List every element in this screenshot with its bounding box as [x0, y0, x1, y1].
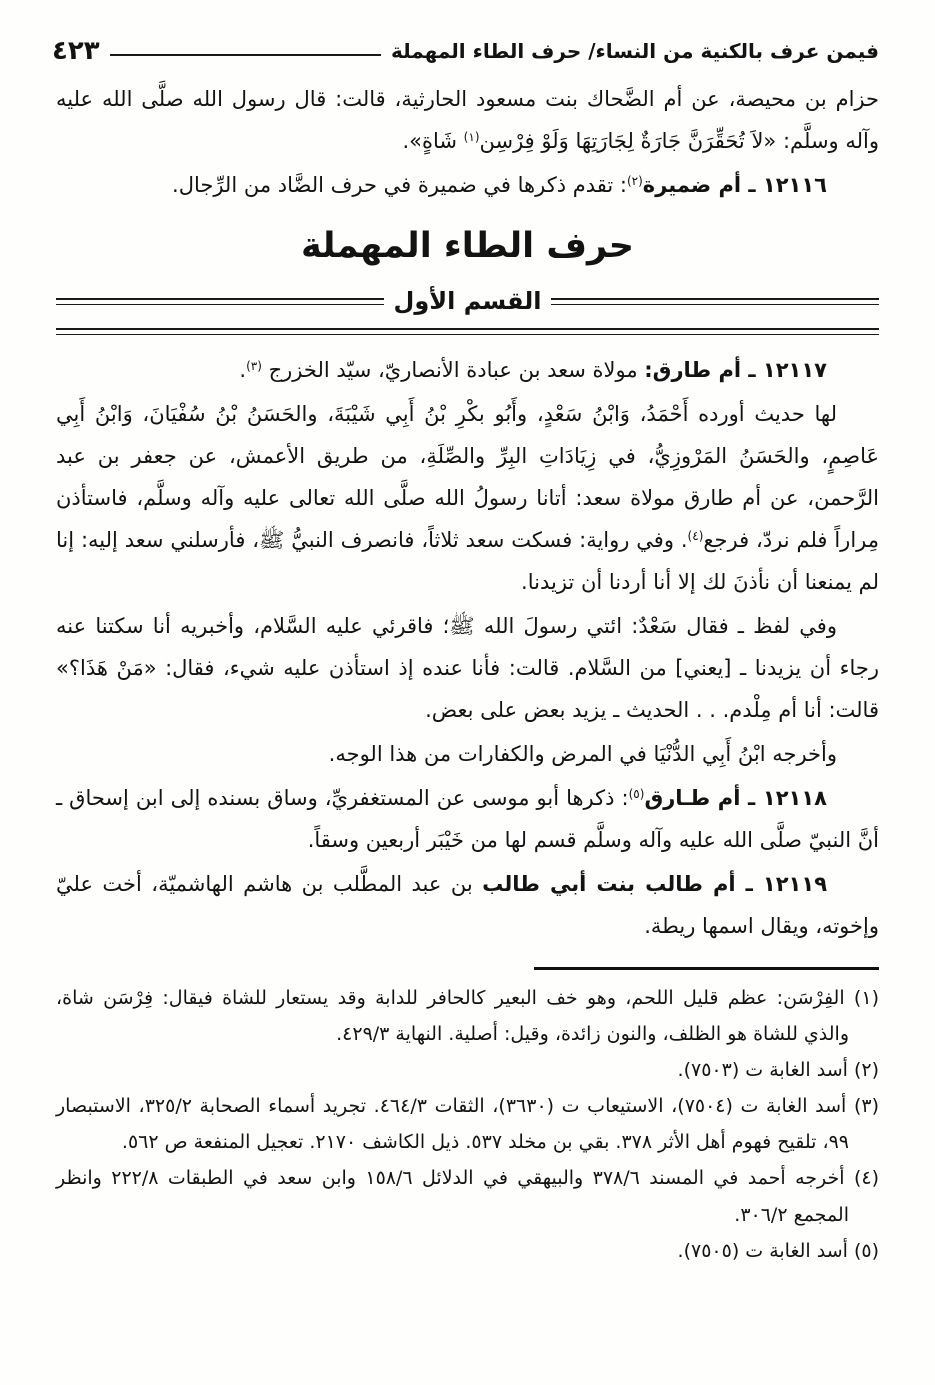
footnote-1: (١) الفِرْسَن: عظم قليل اللحم، وهو خف ال…	[56, 980, 879, 1052]
subsection-title: القسم الأول	[384, 277, 552, 325]
subsection-divider: القسم الأول	[56, 277, 879, 325]
footnote-5: (٥) أسد الغابة ت (٧٥٠٥).	[56, 1233, 879, 1269]
section-title: حرف الطاء المهملة	[56, 222, 879, 271]
page-header: فيمن عرف بالكنية من النساء/ حرف الطاء ال…	[52, 36, 879, 66]
entry-heading: ١٢١١٧ ـ أم طارق:	[644, 358, 827, 382]
entry-12118: ١٢١١٨ ـ أم طـارق(٥): ذكرها أبو موسى عن ا…	[56, 777, 879, 861]
footnote-4: (٤) أخرجه أحمد في المسند ٣٧٨/٦ والبيهقي …	[56, 1160, 879, 1232]
footnote-3: (٣) أسد الغابة ت (٧٥٠٤)، الاستيعاب ت (٣٦…	[56, 1088, 879, 1160]
divider-line-right	[551, 298, 879, 305]
entry-12119: ١٢١١٩ ـ أم طالب بنت أبي طالب بن عبد المط…	[56, 863, 879, 947]
paragraph-text: وفي لفظ ـ فقال سَعْدٌ: ائتي رسولَ الله ﷺ…	[56, 614, 879, 722]
entry-heading: ١٢١١٦ ـ أم ضميرة	[643, 173, 827, 197]
footnote-ref-2: (٢)	[627, 174, 643, 188]
page-body: حزام بن محيصة، عن أم الضَّحاك بنت مسعود …	[56, 78, 879, 1269]
paragraph-lafz: وفي لفظ ـ فقال سَعْدٌ: ائتي رسولَ الله ﷺ…	[56, 605, 879, 731]
paragraph-hizam: حزام بن محيصة، عن أم الضَّحاك بنت مسعود …	[56, 78, 879, 162]
footnote-ref-5: (٥)	[629, 787, 645, 801]
footnotes-section: (١) الفِرْسَن: عظم قليل اللحم، وهو خف ال…	[56, 967, 879, 1269]
book-page: فيمن عرف بالكنية من النساء/ حرف الطاء ال…	[0, 0, 935, 1385]
entry-heading: ١٢١١٨ ـ أم طـارق	[644, 786, 827, 810]
divider-line-left	[56, 298, 384, 305]
paragraph-text: وأخرجه ابْنُ أَبِي الدُّنْيَا في المرض و…	[329, 742, 837, 766]
divider-rule	[56, 328, 879, 335]
entry-12116: ١٢١١٦ ـ أم ضميرة(٢): تقدم ذكرها في ضميرة…	[56, 164, 879, 206]
footnote-separator	[534, 967, 879, 970]
footnote-2: (٢) أسد الغابة ت (٧٥٠٣).	[56, 1052, 879, 1088]
header-rule	[110, 54, 381, 56]
paragraph-hadith-chain: لها حديث أورده أَحْمَدُ، وَابْنُ سَعْدٍ،…	[56, 393, 879, 603]
entry-12117: ١٢١١٧ ـ أم طارق: مولاة سعد بن عبادة الأن…	[56, 349, 879, 391]
entry-text: مولاة سعد بن عبادة الأنصاريّ، سيّد الخزر…	[262, 358, 644, 382]
page-number: ٤٢٣	[52, 36, 100, 66]
paragraph-text: شَاةٍ».	[402, 129, 463, 153]
footnote-ref-1: (١)	[464, 130, 480, 144]
footnote-ref-4: (٤)	[688, 529, 704, 543]
footnote-ref-3: (٣)	[246, 359, 262, 373]
entry-heading: ١٢١١٩ ـ أم طالب بنت أبي طالب	[482, 872, 827, 896]
entry-text: : تقدم ذكرها في ضميرة في حرف الضَّاد من …	[172, 173, 627, 197]
paragraph-akhraja: وأخرجه ابْنُ أَبِي الدُّنْيَا في المرض و…	[56, 733, 879, 775]
running-title: فيمن عرف بالكنية من النساء/ حرف الطاء ال…	[391, 39, 879, 63]
